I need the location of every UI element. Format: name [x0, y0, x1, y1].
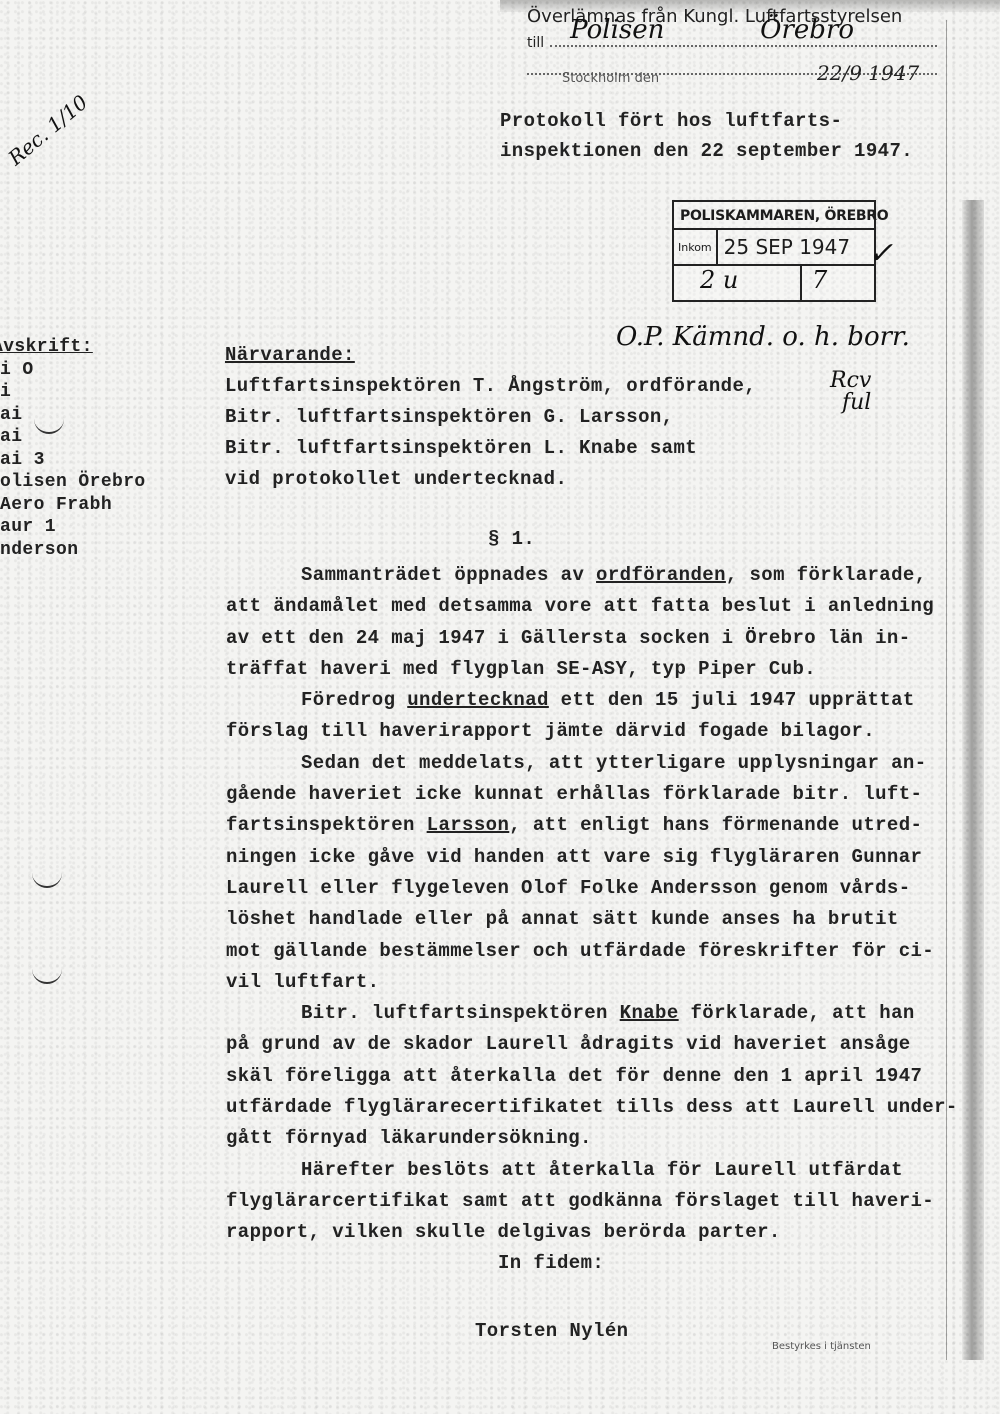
present-line: vid protokollet undertecknad.	[225, 464, 756, 495]
date-handwritten: 22/9 1947	[817, 61, 919, 85]
city-handwritten: Örebro	[760, 15, 854, 45]
body-line: Bitr. luftfartsinspektören Knabe förklar…	[226, 998, 958, 1029]
body-line: Sammanträdet öppnades av ordföranden, so…	[226, 560, 958, 591]
recipient-handwritten: Polisen	[570, 15, 664, 45]
body-line: träffat haveri med flygplan SE-ASY, typ …	[226, 654, 958, 685]
body-line: rapport, vilken skulle delgivas berörda …	[226, 1217, 958, 1248]
initials-line: ful	[830, 392, 871, 414]
punch-hole-mark	[32, 968, 62, 984]
distribution-item: i O	[0, 359, 146, 382]
body-line: av ett den 24 maj 1947 i Gällersta socke…	[226, 623, 958, 654]
certification-note: Bestyrkes i tjänsten	[772, 1341, 871, 1352]
body-line: gått förnyad läkarundersökning.	[226, 1123, 958, 1154]
punch-hole-mark	[32, 872, 62, 888]
underlined-term: ordföranden	[596, 564, 726, 586]
distribution-item: ai 3	[0, 449, 146, 472]
body-line: utfärdade flyglärarecertifikatet tills d…	[226, 1092, 958, 1123]
body-line: Sedan det meddelats, att ytterligare upp…	[226, 748, 958, 779]
protocol-body: Sammanträdet öppnades av ordföranden, so…	[226, 560, 958, 1249]
present-line: Bitr. luftfartsinspektören L. Knabe samt	[225, 433, 756, 464]
distribution-item: Aero Frabh	[0, 494, 146, 517]
margin-scribble: Rec. 1/10	[3, 90, 92, 170]
title-line: Protokoll fört hos luftfarts-	[500, 106, 913, 136]
body-line: fartsinspektören Larsson, att enligt han…	[226, 810, 958, 841]
body-line: vil luftfart.	[226, 967, 958, 998]
distribution-heading: Avskrift:	[0, 336, 146, 359]
distribution-item: ai	[0, 426, 146, 449]
body-line: Härefter beslöts att återkalla för Laure…	[226, 1155, 958, 1186]
body-line: flyglärarcertifikat samt att godkänna fö…	[226, 1186, 958, 1217]
transmittal-stamp: Överlämnas från Kungl. Luftfartsstyrelse…	[527, 6, 937, 95]
present-line: Luftfartsinspektören T. Ångström, ordför…	[225, 371, 756, 402]
body-line: mot gällande bestämmelser och utfärdade …	[226, 936, 958, 967]
present-line: Bitr. luftfartsinspektören G. Larsson,	[225, 402, 756, 433]
body-line: att ändamålet med detsamma vore att fatt…	[226, 591, 958, 622]
stamp-received-label: Inkom	[674, 230, 718, 264]
stamp-office: POLISKAMMAREN, ÖREBRO	[674, 202, 874, 230]
closing-phrase: In fidem:	[498, 1252, 604, 1274]
distribution-item: olisen Örebro	[0, 471, 146, 494]
body-line: skäl föreligga att återkalla det för den…	[226, 1061, 958, 1092]
body-line: löshet handlade eller på annat sätt kund…	[226, 904, 958, 935]
police-received-stamp: POLISKAMMAREN, ÖREBRO Inkom 25 SEP 1947 …	[672, 200, 876, 302]
distribution-item: nderson	[0, 539, 146, 562]
underlined-term: Knabe	[620, 1002, 679, 1024]
section-heading: § 1.	[488, 528, 535, 550]
body-line: Föredrog undertecknad ett den 15 juli 19…	[226, 685, 958, 716]
stamp-ref-right: 7	[802, 266, 827, 300]
body-line: gående haveriet icke kunnat erhållas för…	[226, 779, 958, 810]
stamp-received-date: 25 SEP 1947	[718, 230, 850, 264]
scan-edge-shadow	[962, 200, 984, 1360]
underlined-term: Larsson	[427, 814, 510, 836]
place-label: Stockholm den	[562, 71, 659, 86]
distribution-item: ai	[0, 404, 146, 427]
body-line: förslag till haverirapport jämte därvid …	[226, 716, 958, 747]
signature-name: Torsten Nylén	[475, 1320, 628, 1342]
title-line: inspektionen den 22 september 1947.	[500, 136, 913, 166]
underlined-term: undertecknad	[407, 689, 549, 711]
distribution-item: aur 1	[0, 516, 146, 539]
checkmark-icon: ✓	[868, 236, 893, 271]
present-heading: Närvarande:	[225, 340, 756, 371]
handwritten-initials: Rcv ful	[830, 370, 871, 414]
document-title: Protokoll fört hos luftfarts- inspektion…	[500, 106, 913, 166]
stamp-ref-left: 2 u	[674, 266, 802, 300]
initials-line: Rcv	[830, 370, 871, 392]
distribution-item: i	[0, 381, 146, 404]
body-line: ningen icke gåve vid handen att vare sig…	[226, 842, 958, 873]
body-line: på grund av de skador Laurell ådragits v…	[226, 1029, 958, 1060]
body-line: Laurell eller flygeleven Olof Folke Ande…	[226, 873, 958, 904]
distribution-list: Avskrift: i O i ai ai ai 3 olisen Örebro…	[0, 336, 146, 561]
present-section: Närvarande: Luftfartsinspektören T. Ångs…	[225, 340, 756, 495]
till-label: till	[527, 35, 544, 51]
